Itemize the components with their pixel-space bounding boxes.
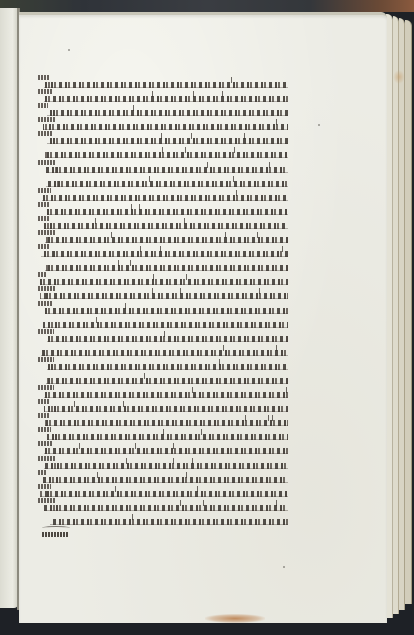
letter-ascender — [96, 317, 97, 323]
letter-ascender — [276, 500, 277, 506]
text-line — [40, 163, 288, 177]
handwritten-text — [41, 350, 288, 356]
letter-ascender — [118, 260, 119, 266]
text-line — [40, 134, 288, 148]
letter-ascender — [180, 500, 181, 506]
text-line — [40, 191, 288, 205]
letter-ascender — [193, 91, 194, 97]
handwritten-text — [47, 364, 288, 370]
letter-ascender — [272, 415, 273, 421]
letter-ascender — [233, 176, 234, 182]
text-line — [40, 388, 288, 402]
letter-ascender — [236, 190, 237, 196]
marginal-gloss — [38, 498, 56, 503]
letter-ascender — [123, 401, 124, 407]
letter-ascender — [203, 500, 204, 506]
letter-ascender — [268, 415, 269, 421]
marginal-gloss — [38, 484, 51, 489]
marginal-gloss — [38, 385, 54, 390]
fore-edge-leaf — [386, 14, 393, 618]
marginal-gloss — [38, 75, 50, 80]
marginal-gloss — [38, 103, 48, 108]
marginal-gloss — [38, 131, 53, 136]
text-line — [40, 106, 288, 120]
text-line — [40, 233, 288, 247]
text-line — [40, 318, 288, 332]
handwritten-text — [44, 448, 288, 454]
handwritten-text — [44, 505, 288, 511]
edge-stain — [393, 70, 405, 84]
letter-ascender — [173, 443, 174, 449]
handwritten-text — [50, 519, 288, 525]
text-block: Main text column, 32 lines — [40, 78, 288, 529]
handwritten-text — [47, 434, 288, 440]
text-line — [40, 304, 288, 318]
handwritten-text — [43, 322, 288, 328]
handwritten-text — [44, 463, 288, 469]
marginal-gloss — [38, 188, 51, 193]
letter-ascender — [276, 119, 277, 125]
marginal-gloss — [38, 441, 53, 446]
letter-ascender — [164, 331, 165, 337]
letter-ascender — [269, 162, 270, 168]
text-line — [40, 261, 288, 275]
letter-ascender — [192, 387, 193, 393]
letter-ascender — [219, 359, 220, 365]
handwritten-text — [42, 195, 288, 201]
fore-edge-leaf — [393, 16, 399, 614]
handwritten-text — [45, 237, 288, 243]
handwritten-text — [40, 279, 288, 285]
text-line — [40, 205, 288, 219]
letter-ascender — [201, 429, 202, 435]
letter-ascender — [186, 274, 187, 280]
ink-speck — [318, 124, 320, 126]
handwritten-text — [46, 181, 288, 187]
marginal-gloss — [38, 244, 49, 249]
scan-background-top — [0, 0, 414, 12]
letter-ascender — [125, 303, 126, 309]
text-line — [40, 430, 288, 444]
text-line — [40, 360, 288, 374]
handwritten-text — [45, 152, 288, 158]
letter-ascender — [163, 429, 164, 435]
marginal-gloss — [38, 230, 56, 235]
marginal-gloss — [38, 470, 47, 475]
catchword-mark — [42, 526, 70, 530]
handwritten-text — [47, 336, 288, 342]
handwritten-text — [41, 251, 288, 257]
handwritten-text — [46, 167, 288, 173]
marginal-gloss — [38, 160, 55, 165]
text-line — [40, 346, 288, 360]
letter-ascender — [79, 443, 80, 449]
letter-ascender — [276, 345, 277, 351]
marginal-gloss — [38, 357, 54, 362]
fore-edge-leaf — [405, 20, 412, 604]
handwritten-text — [46, 378, 288, 384]
letter-ascender — [135, 443, 136, 449]
letter-ascender — [74, 401, 75, 407]
letter-ascender — [130, 260, 131, 266]
letter-ascender — [140, 246, 141, 252]
marginal-gloss — [38, 399, 49, 404]
letter-ascender — [152, 288, 153, 294]
marginal-gloss — [38, 272, 47, 277]
handwritten-text — [40, 491, 288, 497]
letter-ascender — [192, 458, 193, 464]
letter-ascender — [126, 458, 127, 464]
handwritten-text — [47, 138, 288, 144]
handwritten-text — [44, 96, 288, 102]
handwritten-text — [47, 209, 288, 215]
handwritten-text — [43, 477, 288, 483]
letter-ascender — [231, 77, 232, 83]
ink-speck — [68, 49, 70, 51]
text-line — [40, 120, 288, 134]
text-line — [40, 289, 288, 303]
text-line — [40, 374, 288, 388]
letter-ascender — [162, 147, 163, 153]
letter-ascender — [144, 373, 145, 379]
handwritten-text — [44, 406, 288, 412]
marginal-gloss — [38, 456, 55, 461]
letter-ascender — [245, 415, 246, 421]
text-line — [40, 247, 288, 261]
text-line — [40, 501, 288, 515]
marginal-gloss — [38, 413, 49, 418]
letter-ascender — [149, 176, 150, 182]
handwritten-text — [44, 392, 288, 398]
letter-ascender — [184, 218, 185, 224]
letter-ascender — [131, 204, 132, 210]
handwritten-text — [45, 265, 288, 271]
letter-ascender — [225, 232, 226, 238]
text-line — [40, 487, 288, 501]
text-line — [40, 92, 288, 106]
letter-ascender — [139, 204, 140, 210]
letter-ascender — [259, 288, 260, 294]
letter-ascender — [223, 345, 224, 351]
text-line — [40, 332, 288, 346]
letter-ascender — [132, 514, 133, 520]
letter-ascender — [191, 133, 192, 139]
text-line — [40, 473, 288, 487]
handwritten-text — [44, 82, 288, 88]
handwritten-text — [43, 124, 288, 130]
letter-ascender — [185, 147, 186, 153]
ink-speck — [283, 566, 285, 568]
letter-ascender — [197, 486, 198, 492]
letter-ascender — [97, 472, 98, 478]
marginal-gloss — [38, 202, 49, 207]
letter-ascender — [95, 218, 96, 224]
page-label: Manuscript folio (Hebrew text) — [19, 15, 20, 16]
letter-ascender — [115, 486, 116, 492]
handwritten-text — [45, 308, 288, 314]
marginal-gloss — [38, 329, 54, 334]
letter-ascender — [111, 232, 112, 238]
text-line — [40, 219, 288, 233]
text-line — [40, 416, 288, 430]
text-line — [40, 444, 288, 458]
letter-ascender — [161, 133, 162, 139]
marginal-gloss — [38, 89, 53, 94]
handwritten-text — [40, 293, 288, 299]
letter-ascender — [257, 232, 258, 238]
marginal-gloss — [38, 117, 56, 122]
fore-edge-leaf — [399, 18, 405, 610]
handwritten-text — [45, 420, 288, 426]
catchword-label: Catchword — [42, 532, 43, 533]
handwritten-text — [47, 110, 288, 116]
letter-ascender — [173, 458, 174, 464]
letter-ascender — [234, 147, 235, 153]
text-line — [40, 78, 288, 92]
handwritten-text — [44, 223, 288, 229]
marginal-gloss — [38, 286, 55, 291]
text-line — [40, 177, 288, 191]
letter-ascender — [153, 274, 154, 280]
marginal-gloss — [38, 301, 53, 306]
letter-ascender — [186, 472, 187, 478]
letter-ascender — [286, 387, 287, 393]
text-line — [40, 148, 288, 162]
marginal-gloss — [38, 427, 51, 432]
letter-ascender — [152, 91, 153, 97]
text-line — [40, 275, 288, 289]
text-line — [40, 515, 288, 529]
marginal-gloss — [38, 216, 50, 221]
letter-ascender — [207, 162, 208, 168]
catchword: Catchword — [42, 532, 68, 537]
text-line — [40, 402, 288, 416]
letter-ascender — [244, 133, 245, 139]
bottom-stain — [205, 614, 265, 623]
letter-ascender — [222, 91, 223, 97]
letter-ascender — [180, 288, 181, 294]
letter-ascender — [282, 246, 283, 252]
letter-ascender — [160, 246, 161, 252]
letter-ascender — [133, 105, 134, 111]
text-line — [40, 459, 288, 473]
facing-page-edge — [0, 8, 18, 608]
